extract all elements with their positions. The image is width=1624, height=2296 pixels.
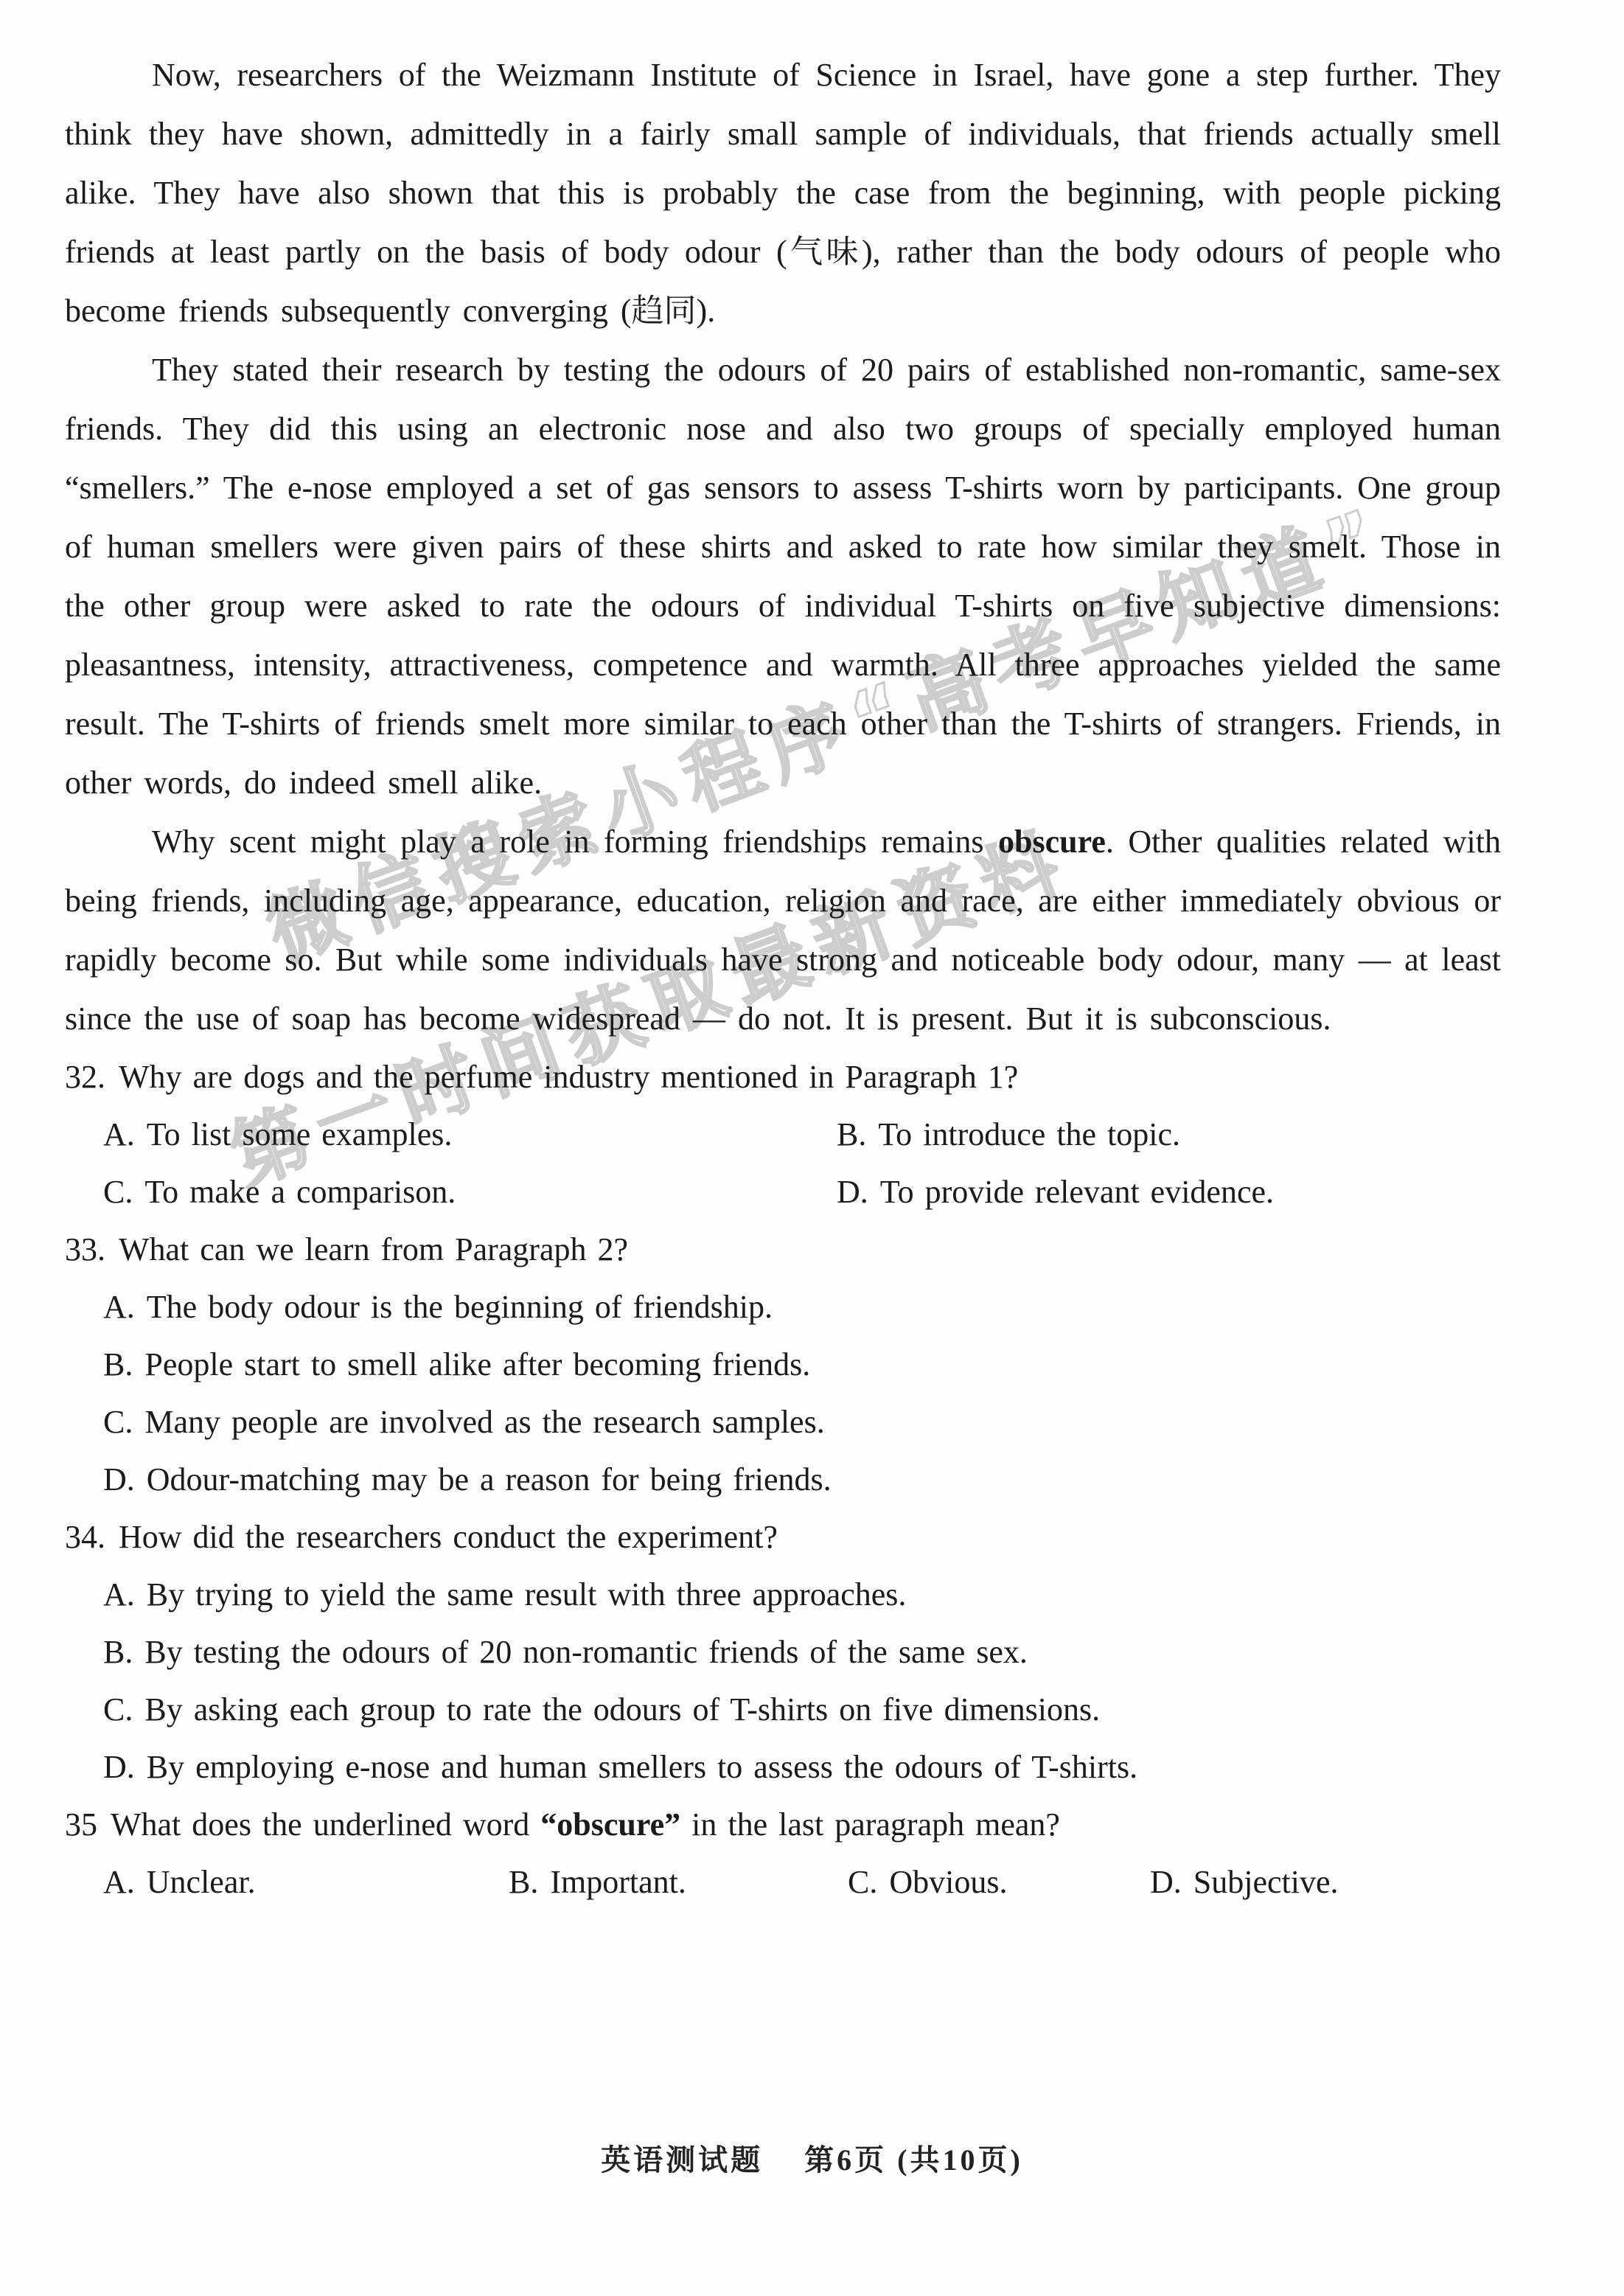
question-34-options: A.By trying to yield the same result wit…	[103, 1566, 1501, 1796]
option-label: C.	[848, 1864, 877, 1900]
option-text: The body odour is the beginning of frien…	[147, 1289, 773, 1325]
option-label: C.	[103, 1404, 133, 1440]
option-label: C.	[103, 1691, 133, 1728]
footer-exam-title: 英语测试题	[601, 2143, 763, 2177]
question-32-option-c: C.To make a comparison.	[103, 1163, 837, 1221]
option-label: A.	[103, 1116, 135, 1152]
question-32-options: A.To list some examples. B.To introduce …	[103, 1106, 1501, 1221]
stem-text-before: What does the underlined word	[111, 1806, 540, 1843]
question-32-option-b: B.To introduce the topic.	[837, 1106, 1501, 1163]
option-text: Obvious.	[889, 1864, 1007, 1900]
question-35-option-c: C.Obvious.	[848, 1854, 1150, 1911]
passage-paragraph-2: They stated their research by testing th…	[65, 341, 1501, 813]
question-33-options: A.The body odour is the beginning of fri…	[103, 1279, 1501, 1509]
question-34-option-d: D.By employing e-nose and human smellers…	[103, 1739, 1501, 1796]
question-35-options: A.Unclear. B.Important. C.Obvious. D.Sub…	[103, 1854, 1501, 1911]
question-35-option-d: D.Subjective.	[1150, 1854, 1339, 1911]
question-35-option-a: A.Unclear.	[103, 1854, 509, 1911]
option-label: B.	[509, 1864, 538, 1900]
question-33-option-b: B.People start to smell alike after beco…	[103, 1336, 1501, 1394]
option-text: By employing e-nose and human smellers t…	[147, 1749, 1137, 1785]
question-34: 34. How did the researchers conduct the …	[65, 1509, 1501, 1796]
question-33-stem: 33. What can we learn from Paragraph 2?	[65, 1221, 1501, 1279]
option-label: A.	[103, 1289, 135, 1325]
question-34-number: 34.	[65, 1509, 105, 1566]
question-32-stem: 32. Why are dogs and the perfume industr…	[65, 1048, 1501, 1106]
passage-paragraph-1: Now, researchers of the Weizmann Institu…	[65, 46, 1501, 341]
option-text: To introduce the topic.	[878, 1116, 1180, 1152]
question-33-option-c: C.Many people are involved as the resear…	[103, 1394, 1501, 1451]
question-32-option-d: D.To provide relevant evidence.	[837, 1163, 1501, 1221]
question-32-text: Why are dogs and the perfume industry me…	[119, 1048, 1018, 1106]
question-35-number: 35	[65, 1796, 97, 1854]
option-text: Unclear.	[147, 1864, 256, 1900]
question-34-text: How did the researchers conduct the expe…	[119, 1509, 778, 1566]
question-35: 35 What does the underlined word “obscur…	[65, 1796, 1501, 1911]
option-label: D.	[837, 1174, 868, 1210]
option-label: D.	[103, 1749, 135, 1785]
option-label: D.	[103, 1461, 135, 1497]
footer-page-number: 第6页 (共10页)	[804, 2143, 1023, 2177]
option-text: By trying to yield the same result with …	[147, 1576, 907, 1613]
passage-paragraph-3: Why scent might play a role in forming f…	[65, 813, 1501, 1048]
option-text: To make a comparison.	[144, 1174, 456, 1210]
question-34-stem: 34. How did the researchers conduct the …	[65, 1509, 1501, 1566]
question-34-option-b: B.By testing the odours of 20 non-romant…	[103, 1624, 1501, 1681]
option-label: B.	[103, 1634, 133, 1670]
question-35-option-b: B.Important.	[509, 1854, 848, 1911]
exam-scan-page: 微信搜索小程序“高考早知道” 第一时间获取最新资料 Now, researche…	[0, 0, 1624, 2296]
option-text: To provide relevant evidence.	[880, 1174, 1274, 1210]
option-text: People start to smell alike after becomi…	[144, 1346, 810, 1382]
paragraph-3-text-before: Why scent might play a role in forming f…	[152, 824, 998, 860]
option-label: A.	[103, 1864, 135, 1900]
stem-text-after: in the last paragraph mean?	[680, 1806, 1060, 1843]
question-33-number: 33.	[65, 1221, 105, 1279]
option-label: B.	[103, 1346, 133, 1382]
option-text: Important.	[550, 1864, 686, 1900]
option-text: To list some examples.	[147, 1116, 453, 1152]
option-text: Many people are involved as the research…	[144, 1404, 824, 1440]
option-label: C.	[103, 1174, 133, 1210]
underlined-word-obscure: “obscure”	[540, 1806, 680, 1843]
question-35-text: What does the underlined word “obscure” …	[111, 1796, 1060, 1854]
question-33-option-a: A.The body odour is the beginning of fri…	[103, 1279, 1501, 1336]
page-footer: 英语测试题第6页 (共10页)	[0, 2137, 1624, 2179]
question-33: 33. What can we learn from Paragraph 2? …	[65, 1221, 1501, 1509]
question-33-text: What can we learn from Paragraph 2?	[119, 1221, 628, 1279]
option-text: By asking each group to rate the odours …	[144, 1691, 1100, 1728]
question-34-option-c: C.By asking each group to rate the odour…	[103, 1681, 1501, 1739]
option-label: A.	[103, 1576, 135, 1613]
question-35-stem: 35 What does the underlined word “obscur…	[65, 1796, 1501, 1854]
questions-section: 32. Why are dogs and the perfume industr…	[65, 1048, 1501, 1911]
page-content: Now, researchers of the Weizmann Institu…	[65, 46, 1501, 1911]
question-32: 32. Why are dogs and the perfume industr…	[65, 1048, 1501, 1221]
option-text: Subjective.	[1193, 1864, 1339, 1900]
question-33-option-d: D.Odour-matching may be a reason for bei…	[103, 1451, 1501, 1509]
option-text: By testing the odours of 20 non-romantic…	[144, 1634, 1028, 1670]
option-label: D.	[1150, 1864, 1182, 1900]
question-34-option-a: A.By trying to yield the same result wit…	[103, 1566, 1501, 1624]
bold-word-obscure: obscure	[998, 824, 1106, 860]
option-text: Odour-matching may be a reason for being…	[147, 1461, 832, 1497]
question-32-option-a: A.To list some examples.	[103, 1106, 837, 1163]
question-32-number: 32.	[65, 1048, 105, 1106]
option-label: B.	[837, 1116, 866, 1152]
